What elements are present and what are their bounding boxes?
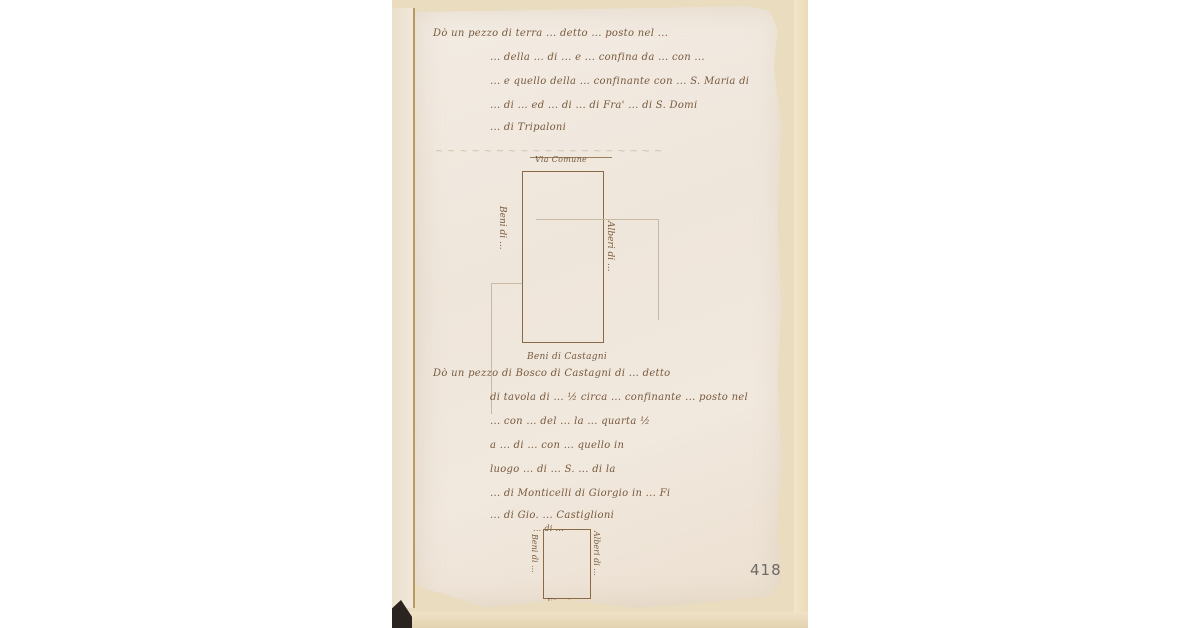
entry-1-line: ... della ... di ... e ... confina da ..… (490, 52, 705, 63)
entry-2-line: luogo ... di ... S. ... di la (490, 464, 616, 475)
entry-2-line: ... di Gio. ... Castiglioni (490, 510, 614, 521)
entry-1-line: ... di ... ed ... di ... di Fra' ... di … (490, 100, 697, 111)
document-viewer: Dò un pezzo di terra ... detto ... posto… (392, 0, 808, 628)
plot-boundary (543, 529, 591, 599)
diagram-2-left-label: Beni di ... (530, 534, 539, 573)
entry-1-line: ... di Tripaloni (490, 122, 566, 133)
diagram-2-right-label: Alberi di ... (592, 531, 601, 576)
diagram-1-top-label: Via Comune (535, 155, 587, 164)
diagram-1-right-label: Alberi di ... (605, 221, 615, 272)
manuscript-page: Dò un pezzo di terra ... detto ... posto… (415, 6, 785, 608)
entry-1-line: Dò un pezzo di terra ... detto ... posto… (433, 28, 668, 39)
entry-1-line: ... e quello della ... confinante con ..… (490, 76, 749, 87)
diagram-1-left-label: Beni di ... (497, 206, 507, 250)
entry-2-line: ... di Monticelli di Giorgio in ... Fi (490, 488, 670, 499)
diagram-1-bottom-label: Beni di Castagni (527, 352, 607, 362)
entry-2-line: ... con ... del ... la ... quarta ½ (490, 416, 650, 427)
binding-gutter (413, 8, 415, 608)
faint-boundary (536, 219, 659, 320)
mount-edge-bottom (392, 612, 808, 628)
entry-2-line: Dò un pezzo di Bosco di Castagni di ... … (433, 368, 671, 379)
entry-2-line: a ... di ... con ... quello in (490, 440, 624, 451)
diagram-2-bottom-label: Fosso (547, 597, 571, 606)
folio-number: 418 (750, 561, 782, 579)
mount-edge-right (794, 0, 808, 628)
entry-2-line: di tavola di ... ½ circa ... confinante … (490, 392, 748, 403)
facing-page-strip (392, 8, 414, 608)
